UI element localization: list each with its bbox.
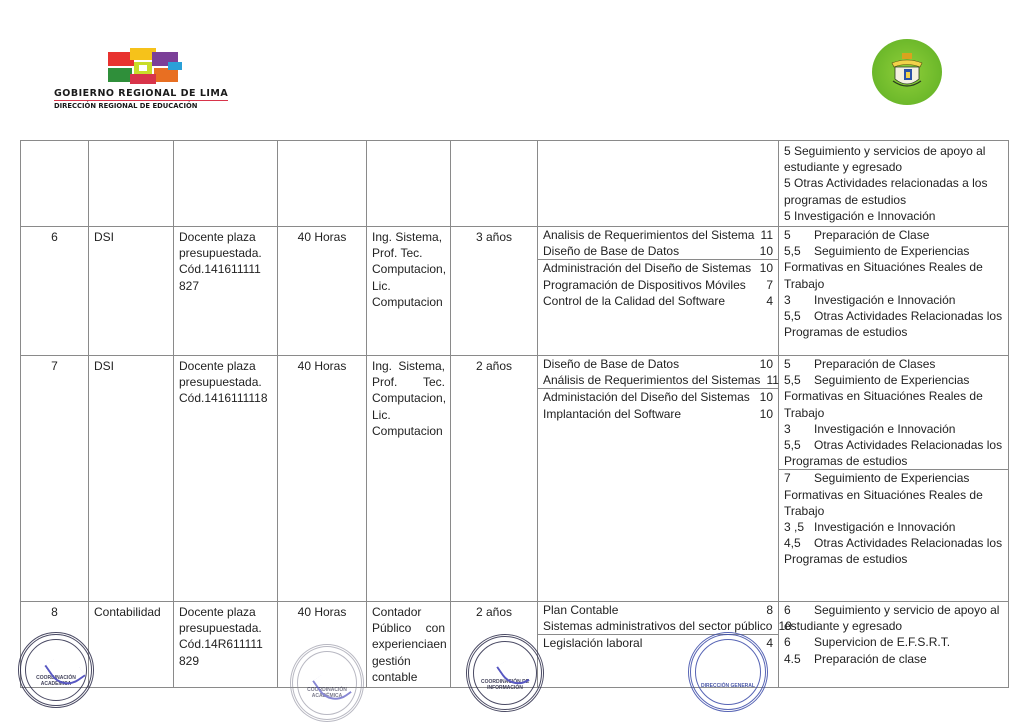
official-stamp: COORDINACIÓN ACADÉMICA [18,632,94,708]
course-name: Control de la Calidad del Software [543,293,725,309]
activity-label: Otras Actividades Relacionadas los Progr… [784,438,1002,468]
course-group: Diseño de Base de Datos10Análisis de Req… [538,356,778,388]
course-group: Analisis de Requerimientos del Sistema11… [538,227,778,259]
teacher-positions-table: 5 Seguimiento y servicios de apoyo al es… [20,140,1009,688]
course-hours: 4 [760,293,773,309]
course-group: Plan Contable8Sistemas administrativos d… [538,602,778,634]
activity-label: Seguimiento de Experiencias Formativas e… [784,244,983,290]
course-item: Implantación del Software10 [543,406,773,422]
activity-hours: 6 [784,602,806,618]
course-hours: 10 [754,406,773,422]
activity-hours: 5 [784,227,806,243]
activity-item: 4,5Otras Actividades Relacionadas los Pr… [784,535,1003,567]
course-name: Diseño de Base de Datos [543,243,679,259]
course-hours: 10 [754,243,773,259]
course-hours: 7 [760,277,773,293]
activity-label: Seguimiento de Experiencias Formativas e… [784,373,983,419]
activity-label: Supervicion de E.F.S.R.T. [814,635,950,649]
activity-hours: 5,5 [784,243,806,259]
activities-cell: 5Preparación de Clase5,5Seguimiento de E… [779,227,1009,356]
activity-label: Seguimiento y servicio de apoyo al estud… [784,603,999,633]
activity-hours: 4,5 [784,535,806,551]
course-name: Analisis de Requerimientos del Sistema [543,227,754,243]
course-item: Administación del Diseño del Sistemas10 [543,389,773,405]
profile-cell: Ing.Sistema,Prof.Tec.Computacion,Lic.Com… [367,356,451,602]
activity-item: 5 Seguimiento y servicios de apoyo al es… [784,143,1003,175]
program-cell: DSI [89,356,174,602]
logo-subtitle: DIRECCIÓN REGIONAL DE EDUCACIÓN [54,102,197,110]
activity-hours: 6 [784,634,806,650]
activity-label: Preparación de clase [814,652,927,666]
activity-item: 5Preparación de Clase [784,227,1003,243]
courses-list: Diseño de Base de Datos10Análisis de Req… [538,356,778,422]
activity-label: Otras Actividades Relacionadas los Progr… [784,309,1002,339]
activity-hours: 5,5 [784,308,806,324]
official-stamp: DIRECCIÓN GENERAL [688,632,768,712]
activity-label: Investigación e Innovación [814,293,955,307]
experience-cell: 3 años [451,227,538,356]
activities-list: 6Seguimiento y servicio de apoyo al estu… [779,602,1008,667]
activity-group: 6Seguimiento y servicio de apoyo al estu… [779,602,1008,667]
activities-cell: 5 Seguimiento y servicios de apoyo al es… [779,141,1009,227]
course-group: Administración del Diseño de Sistemas10P… [538,259,778,309]
official-stamp: COORDINACIÓN DE INFORMACIÓN [466,634,544,712]
course-item: Plan Contable8 [543,602,773,618]
course-hours: 10 [754,389,773,405]
row-number: 6 [21,227,89,356]
activity-label: Investigación e Innovación [814,520,955,534]
position-text: Docente plazapresupuestada.Cód.141611111… [179,229,272,294]
activity-item: 3Investigación e Innovación [784,292,1003,308]
program-cell: Contabilidad [89,602,174,688]
activity-item: 5Preparación de Clases [784,356,1003,372]
activity-label: Preparación de Clases [814,357,935,371]
activity-item: 7Seguimiento de Experiencias Formativas … [784,470,1003,519]
course-name: Análisis de Requerimientos del Sistemas [543,372,760,388]
activity-item: 3 ,5Investigación e Innovación [784,519,1003,535]
activity-item: 6Seguimiento y servicio de apoyo al estu… [784,602,1003,634]
activity-item: 5,5Otras Actividades Relacionadas los Pr… [784,308,1003,340]
courses-list: Analisis de Requerimientos del Sistema11… [538,227,778,309]
position-text: Docente plazapresupuestada.Cód.14R611111… [179,604,272,669]
course-group: Administación del Diseño del Sistemas10I… [538,388,778,421]
official-stamp: COORDINACIÓN ACADÉMICA [290,644,364,722]
courses-cell: Diseño de Base de Datos10Análisis de Req… [538,356,779,602]
course-name: Programación de Dispositivos Móviles [543,277,746,293]
activity-group: 7Seguimiento de Experiencias Formativas … [779,469,1008,567]
course-item: Administración del Diseño de Sistemas10 [543,260,773,276]
activities-list: 5Preparación de Clase5,5Seguimiento de E… [779,227,1008,340]
course-hours: 4 [760,635,773,651]
table-row: 7 DSI Docente plazapresupuestada.Cód.141… [21,356,1009,602]
profile-text: Ing.Sistema,Prof.Tec.Computacion,Lic.Com… [372,358,445,439]
activities-cell: 6Seguimiento y servicio de apoyo al estu… [779,602,1009,688]
activity-item: 5,5Seguimiento de Experiencias Formativa… [784,372,1003,421]
activity-item: 5,5Otras Actividades Relacionadas los Pr… [784,437,1003,469]
activity-item: 5 Otras Actividades relacionadas a los p… [784,175,1003,207]
position-text: Docente plazapresupuestada.Cód.141611111… [179,358,272,407]
institution-crest-icon [890,53,924,91]
regional-emblem-icon [108,48,188,86]
position-cell: Docente plazapresupuestada.Cód.141611111… [174,356,278,602]
activity-hours: 3 ,5 [784,519,806,535]
course-name: Administación del Diseño del Sistemas [543,389,750,405]
activity-item: 4.5Preparación de clase [784,651,1003,667]
experience-cell: 2 años [451,356,538,602]
course-item: Programación de Dispositivos Móviles7 [543,277,773,293]
hours-cell: 40 Horas [278,227,367,356]
profile-cell: Ing. Sistema,Prof. Tec.Computacion,Lic.C… [367,227,451,356]
activity-hours: 5 [784,356,806,372]
course-hours: 11 [760,372,778,388]
course-name: Sistemas administrativos del sector públ… [543,618,772,634]
activity-item: 6Supervicion de E.F.S.R.T. [784,634,1003,650]
position-cell: Docente plazapresupuestada.Cód.14R611111… [174,602,278,688]
activities-list: 5Preparación de Clases5,5Seguimiento de … [779,356,1008,568]
activity-hours: 7 [784,470,806,486]
course-item: Análisis de Requerimientos del Sistemas1… [543,372,773,388]
activity-group: 5Preparación de Clase5,5Seguimiento de E… [779,227,1008,340]
activity-hours: 4.5 [784,651,806,667]
course-name: Administración del Diseño de Sistemas [543,260,751,276]
course-hours: 8 [760,602,773,618]
activity-hours: 5,5 [784,437,806,453]
course-item: Control de la Calidad del Software4 [543,293,773,309]
activities-cell: 5Preparación de Clases5,5Seguimiento de … [779,356,1009,602]
courses-cell: Analisis de Requerimientos del Sistema11… [538,227,779,356]
course-name: Legislación laboral [543,635,642,651]
course-name: Implantación del Software [543,406,681,422]
program-cell: DSI [89,227,174,356]
course-item: Sistemas administrativos del sector públ… [543,618,773,634]
activity-hours: 3 [784,292,806,308]
row-number: 7 [21,356,89,602]
activity-item: 3Investigación e Innovación [784,421,1003,437]
course-name: Diseño de Base de Datos [543,356,679,372]
gobierno-regional-logo: GOBIERNO REGIONAL DE LIMA DIRECCIÓN REGI… [54,48,254,112]
profile-text: Ing. Sistema,Prof. Tec.Computacion,Lic.C… [372,229,445,310]
activity-label: Investigación e Innovación [814,422,955,436]
profile-cell: ContadorPúblicoconexperienciaengestión c… [367,602,451,688]
activity-label: Seguimiento de Experiencias Formativas e… [784,471,983,517]
course-hours: 10 [754,260,773,276]
course-hours: 10 [754,356,773,372]
activity-hours: 5,5 [784,372,806,388]
activity-group: 5Preparación de Clases5,5Seguimiento de … [779,356,1008,469]
course-hours: 11 [755,227,773,243]
table-row: 6 DSI Docente plazapresupuestada.Cód.141… [21,227,1009,356]
hours-cell: 40 Horas [278,356,367,602]
table-row-continued: 5 Seguimiento y servicios de apoyo al es… [21,141,1009,227]
activity-label: Otras Actividades Relacionadas los Progr… [784,536,1002,566]
profile-text: ContadorPúblicoconexperienciaengestión c… [372,604,445,685]
activity-hours: 3 [784,421,806,437]
course-item: Diseño de Base de Datos10 [543,356,773,372]
position-cell: Docente plazapresupuestada.Cód.141611111… [174,227,278,356]
course-item: Analisis de Requerimientos del Sistema11 [543,227,773,243]
activity-label: Preparación de Clase [814,228,929,242]
course-name: Plan Contable [543,602,618,618]
institution-logo [872,39,942,105]
activity-item: 5,5Seguimiento de Experiencias Formativa… [784,243,1003,292]
activity-item: 5 Investigación e Innovación [784,208,1003,224]
course-item: Diseño de Base de Datos10 [543,243,773,259]
logo-title: GOBIERNO REGIONAL DE LIMA [54,88,228,101]
